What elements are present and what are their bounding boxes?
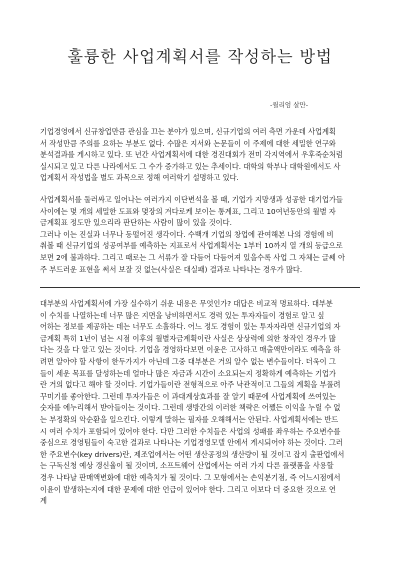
text-line: 다는 것을 다 알고 있는 것이다. 기업을 경영하다보면 이윤은 고사하고 매… <box>40 344 360 356</box>
text-line: 대부분의 사업계획서에 가장 실수하기 쉬운 내용은 무엇인가? 대답은 비교적… <box>40 298 360 310</box>
text-line: 이 수치를 나열하는데 너무 많은 지면을 낭비하면서도 경력 있는 투자자들이… <box>40 310 360 322</box>
text-line: 계 <box>40 495 360 507</box>
text-line: 실시되고 있고 다른 나라에서도 그 수가 증가하고 있는 추세이다. 대학의 … <box>40 161 360 173</box>
text-line: 사이에는 몇 개의 세밀한 도표와 몇장의 겨다로케 보이는 통계표, 그리고 … <box>40 206 360 218</box>
text-line: 금계획표 정도만 있으리라 판단하는 사람이 많이 있을 것이다. <box>40 217 360 229</box>
document-author: -윌리엄 살만- <box>270 100 308 109</box>
paragraph-1: 기업경영에서 신규창업만큼 관심을 끄는 분야가 있으며, 신규기업의 여러 측… <box>40 126 360 184</box>
text-line: 어하는 정보를 제공하는 데는 너무도 소홀하다. 어느 정도 경험이 있는 투… <box>40 321 360 333</box>
text-line: 들이 세운 목표를 달성하는데 얼마나 많은 자금과 시간이 소요되는지 정확하… <box>40 368 360 380</box>
text-line: 란 거의 없다고 해야 할 것이다. 기업가들이란 전형적으로 아주 낙관적이고… <box>40 379 360 391</box>
text-line: 는 부정확의 악순환을 일으킨다. 이렇게 말하는 필자를 오해해서는 안된다.… <box>40 414 360 426</box>
text-line: 금계획 특히 1년이 넘는 시점 이후의 월별자금계획이란 사실은 상상력에 의… <box>40 333 360 345</box>
text-line: 한 주요변수(key drivers)란, 제조업에서는 어떤 생산공정의 생산… <box>40 449 360 461</box>
text-line: 업계획서 작성법을 별도 과목으로 정해 여러학기 설명하고 있다. <box>40 172 360 184</box>
text-line: 보면 2에 불과하다. 그리고 때로는 그 서류가 잘 다듬어 다듬어져 있을수… <box>40 252 360 264</box>
text-line: 서 작성만큼 주의를 요하는 부분도 없다. 수많은 지서와 논문들이 이 주제… <box>40 138 360 150</box>
section-divider <box>40 287 360 288</box>
paragraph-3: 대부분의 사업계획서에 가장 실수하기 쉬운 내용은 무엇인가? 대답은 비교적… <box>40 298 360 507</box>
text-line: 주 부드러운 표현을 써서 보잘 것 없는(사실은 대실패) 결과로 나타나는 … <box>40 264 360 276</box>
text-line: 분석결과를 게시하고 있다. 또 년간 사업계획서에 대한 경진대회가 전미 각… <box>40 149 360 161</box>
text-line: 춰볼 때 신규기업의 성공여부를 예측하는 지표로서 사업계획서는 1부터 10… <box>40 240 360 252</box>
text-line: 이윤이 발생하는지에 대한 문제에 대한 언급이 있어야 한다. 그리고 이보다… <box>40 484 360 496</box>
text-line: 사업계획서를 둘러싸고 일어나는 여러가지 이단변석을 볼 때, 기업가 지망생… <box>40 194 360 206</box>
text-line: 는 구독신청 예상 갱신율이 될 것이며, 소프트웨어 산업에서는 여러 가지 … <box>40 460 360 472</box>
paragraph-2: 사업계획서를 둘러싸고 일어나는 여러가지 이단변석을 볼 때, 기업가 지망생… <box>40 194 360 275</box>
text-line: 시 여러 수치가 포함되어 있어야 한다. 다만 그러한 수치들은 사업의 성패… <box>40 426 360 438</box>
text-line: 숫자를 에누리해서 받아들이는 것이다. 그런데 생방간의 이러한 책략은 어쨌… <box>40 402 360 414</box>
text-line: 려면 알아야 할 사항이 한두가지가 아닌데 그중 대부분은 거의 알수 없는 … <box>40 356 360 368</box>
text-line: 꾸미기를 좋아한다. 그런데 투자가들은 이 과대계상효과를 잘 알기 때문에 … <box>40 391 360 403</box>
text-line: 중심으로 경영팀들이 숙고한 결과로 나타나는 기업경영모델 안에서 게시되어야… <box>40 437 360 449</box>
text-line: 경우 나타날 판매액변화에 대한 예측치가 될 것이다. 그 모형에서는 손익분… <box>40 472 360 484</box>
text-line: 기업경영에서 신규창업만큼 관심을 끄는 분야가 있으며, 신규기업의 여러 측… <box>40 126 360 138</box>
text-line: 그러나 이는 진실과 너무나 동떨어진 생각이다. 수백개 기업의 창업에 관여… <box>40 229 360 241</box>
document-title: 훌륭한 사업계획서를 작성하는 방법 <box>0 44 400 67</box>
